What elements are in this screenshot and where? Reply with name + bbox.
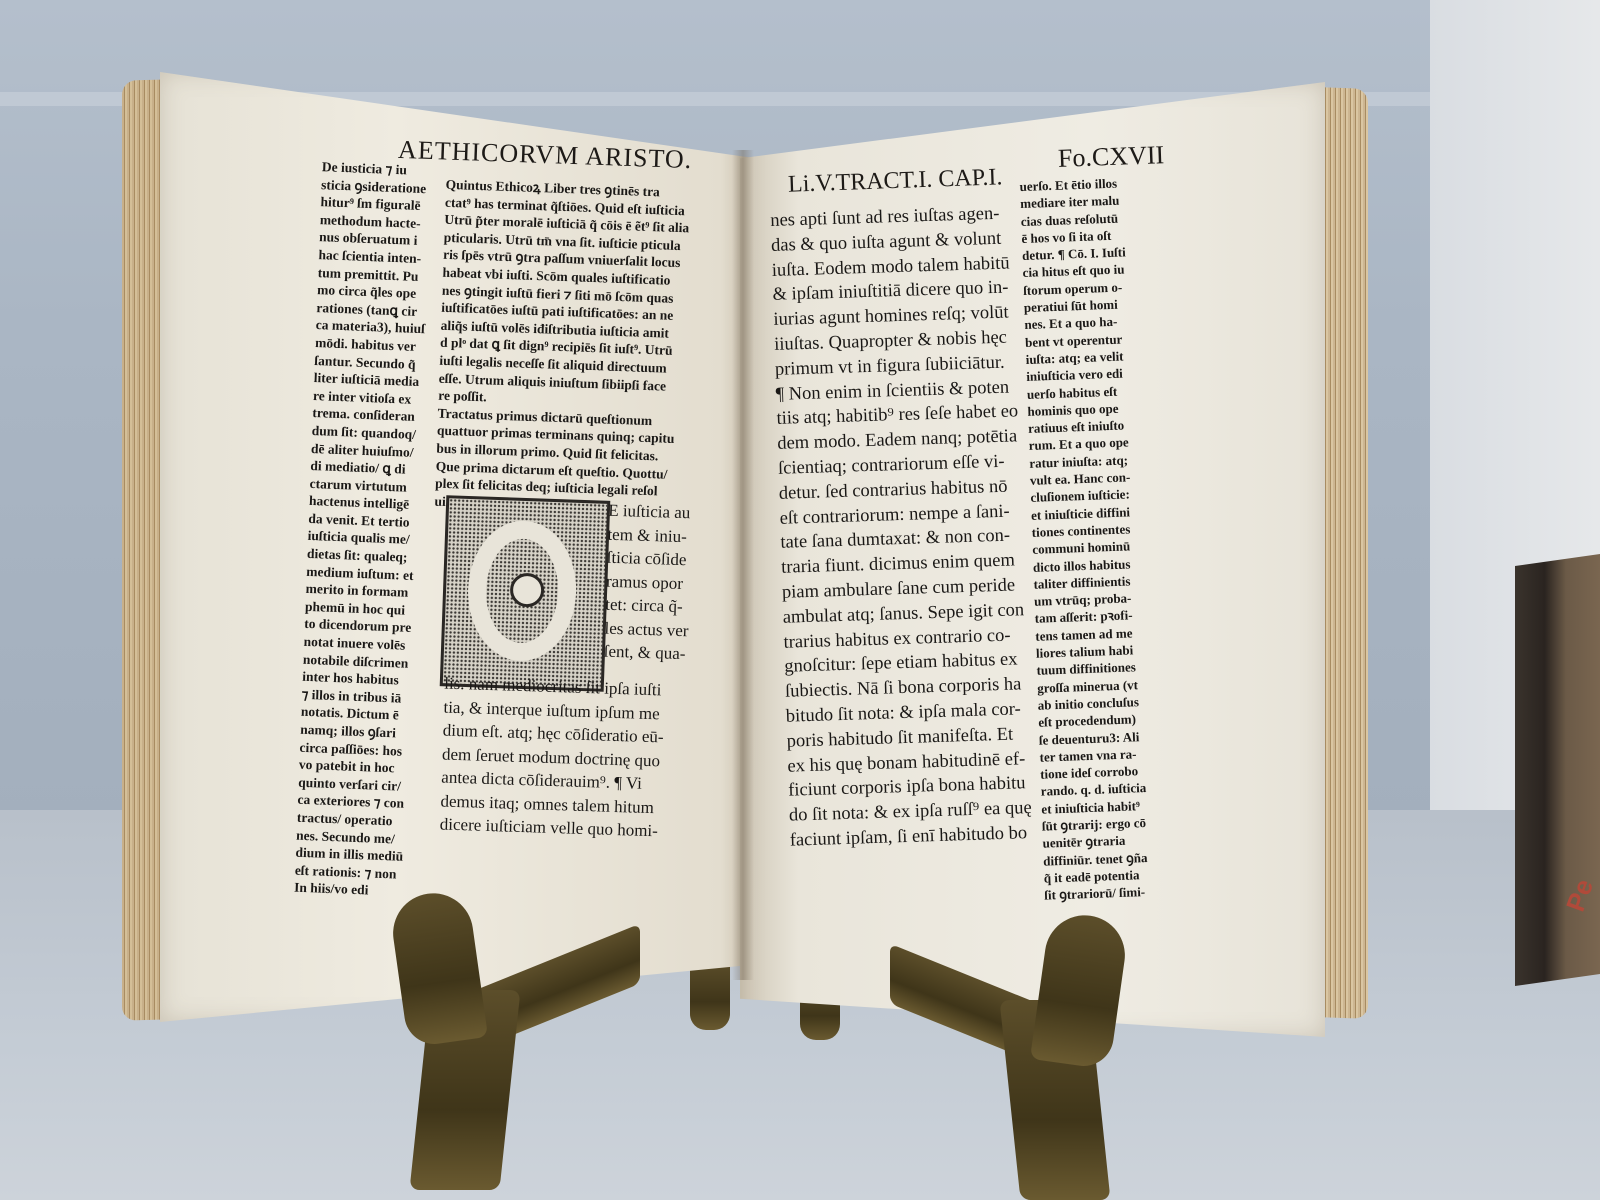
- book-fore-edge-right: [1318, 87, 1368, 1019]
- text-line: les actus ver: [604, 616, 689, 642]
- left-body-continued: lis. nam mediocritas ſit ipſa iuſtitia, …: [439, 672, 665, 843]
- text-line: ramus opor: [606, 569, 691, 595]
- cardboard-box: [1515, 554, 1600, 986]
- book-gutter: [732, 150, 754, 980]
- stand-back-leg-left: [690, 960, 730, 1030]
- text-line: ſticia cōſide: [606, 546, 691, 572]
- text-line: ſent, & qua-: [603, 640, 688, 666]
- text-line: tet: circa q̃-: [605, 593, 690, 619]
- text-line: tem & iniu-: [607, 522, 692, 548]
- text-line: E iuſticia au: [608, 499, 693, 525]
- folio-number: Fo.CXVII: [1058, 140, 1165, 174]
- beside-initial-text: E iuſticia autem & iniu-ſticia cōſideram…: [603, 499, 692, 666]
- decorated-initial-icon: [440, 495, 611, 692]
- left-summary-block: Quintus Ethicoꝝ Liber tres ꝯtinēs tracta…: [434, 176, 690, 519]
- right-body-text: nes apti ſunt ad res iuſtas agen-das & q…: [770, 201, 1033, 853]
- text-line: ſit ꝯtrariorū/ ſimi-: [1044, 883, 1150, 904]
